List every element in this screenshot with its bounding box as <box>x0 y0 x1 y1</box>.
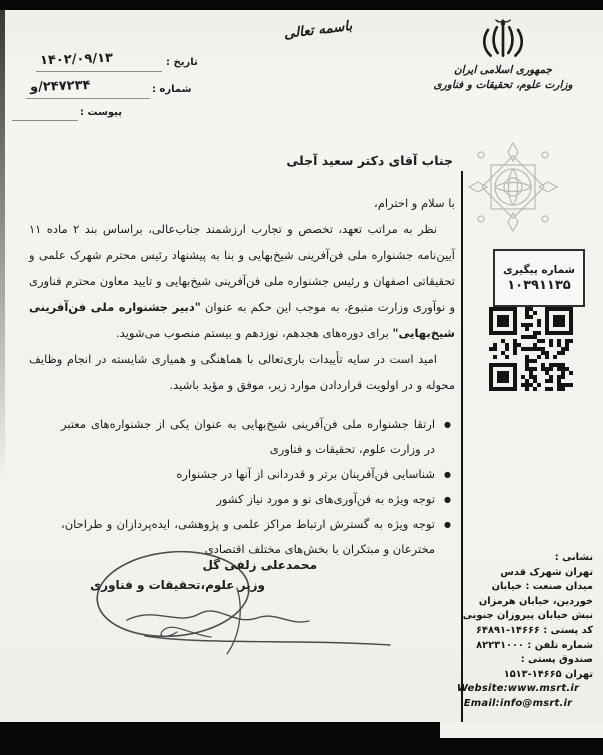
date-line <box>36 70 162 72</box>
address-line: کد پستی : ۱۴۶۶۶-۶۴۸۹۱ <box>443 624 593 639</box>
number-value: ۲۴۷۲۳۴/و <box>30 78 91 95</box>
tracking-number: ۱۰۳۹۱۱۳۵ <box>507 278 570 293</box>
address-block: نشانی : تهران شهرک قدس میدان صنعت : خیاب… <box>441 551 597 712</box>
bullet-item: ●شناسایی فن‌آفرینان برتر و قدردانی از آن… <box>29 462 451 487</box>
address-line: میدان صنعت : خیابان <box>443 580 593 595</box>
signer-title: وزیر علوم،تحقیقات و فناوری <box>90 578 265 592</box>
iran-emblem-icon <box>480 13 526 61</box>
ministry-name: وزارت علوم، تحقیقات و فناوری <box>430 79 576 91</box>
address-line: شماره تلفن : ۸۲۲۳۱۰۰۰ <box>443 639 593 654</box>
recipient-name: جناب آقای دکتر سعید آجلی <box>286 153 453 168</box>
address-line: نشانی : <box>443 551 593 566</box>
number-label: شماره : <box>152 84 191 95</box>
signature-block: محمدعلی زلفی گل وزیر علوم،تحقیقات و فناو… <box>85 546 405 666</box>
scan-bottom-patch <box>440 722 603 738</box>
date-label: تاریخ : <box>166 57 198 68</box>
bismillah-text: باسمه تعالی <box>267 16 368 44</box>
tracking-label: شماره پیگیری <box>503 264 575 276</box>
salutation: با سلام و احترام، <box>29 190 455 216</box>
letter-body: با سلام و احترام، نظر به مراتب تعهد، تخص… <box>29 190 455 562</box>
address-line: تهران شهرک قدس <box>443 566 593 581</box>
address-line: صندوق پستی : <box>443 653 593 668</box>
bullet-text: ارتقا جشنواره ملی فن‌آفرینی شیخ‌بهایی به… <box>61 412 435 462</box>
scan-top-bar <box>0 0 603 10</box>
paragraph-wishes: امید است در سایه تأییدات باری‌تعالی با ه… <box>29 346 455 398</box>
bullet-dot-icon: ● <box>444 462 451 487</box>
address-line: نبش خیابان پیروزان جنوبی <box>443 609 593 624</box>
attachment-line <box>12 119 78 121</box>
bullet-dot-icon: ● <box>444 412 451 462</box>
number-line <box>26 97 150 99</box>
qr-code-icon <box>489 307 573 391</box>
left-scan-smudge <box>0 10 5 480</box>
attachment-label: پیوست : <box>80 107 122 118</box>
email-address: Email:info@msrt.ir <box>443 697 593 712</box>
website-url: Website:www.msrt.ir <box>443 682 593 697</box>
scanned-official-letter: ۱۴۰۲/۰۹/۱۳ تاریخ : ۲۴۷۲۳۴/و شماره : پیوس… <box>0 0 603 755</box>
bullet-item: ●توجه ویژه به فن‌آوری‌های نو و مورد نیاز… <box>29 487 451 512</box>
bullet-text: توجه ویژه به فن‌آوری‌های نو و مورد نیاز … <box>61 487 435 512</box>
bullet-item: ●ارتقا جشنواره ملی فن‌آفرینی شیخ‌بهایی ب… <box>29 412 451 462</box>
signer-name: محمدعلی زلفی گل <box>202 558 317 572</box>
address-line: تهران ۱۴۶۶۵-۱۵۱۳ <box>443 668 593 683</box>
paragraph-1-tail: برای دوره‌های هجدهم، نوزدهم و بیستم منصو… <box>116 326 393 340</box>
bullet-dot-icon: ● <box>444 487 451 512</box>
address-line: خوردین، خیابان هرمزان <box>443 595 593 610</box>
tracking-box: شماره پیگیری ۱۰۳۹۱۱۳۵ <box>493 249 585 307</box>
paragraph-appointment: نظر به مراتب تعهد، تخصص و تجارب ارزشمند … <box>29 216 455 346</box>
date-value: ۱۴۰۲/۰۹/۱۳ <box>40 51 113 69</box>
ornament-star-icon <box>467 141 559 233</box>
letterhead-emblem-block: جمهوری اسلامی ایران وزارت علوم، تحقیقات … <box>430 13 576 91</box>
government-name: جمهوری اسلامی ایران <box>430 64 576 76</box>
priority-bullet-list: ●ارتقا جشنواره ملی فن‌آفرینی شیخ‌بهایی ب… <box>29 412 455 562</box>
bullet-text: شناسایی فن‌آفرینان برتر و قدردانی از آنه… <box>61 462 435 487</box>
